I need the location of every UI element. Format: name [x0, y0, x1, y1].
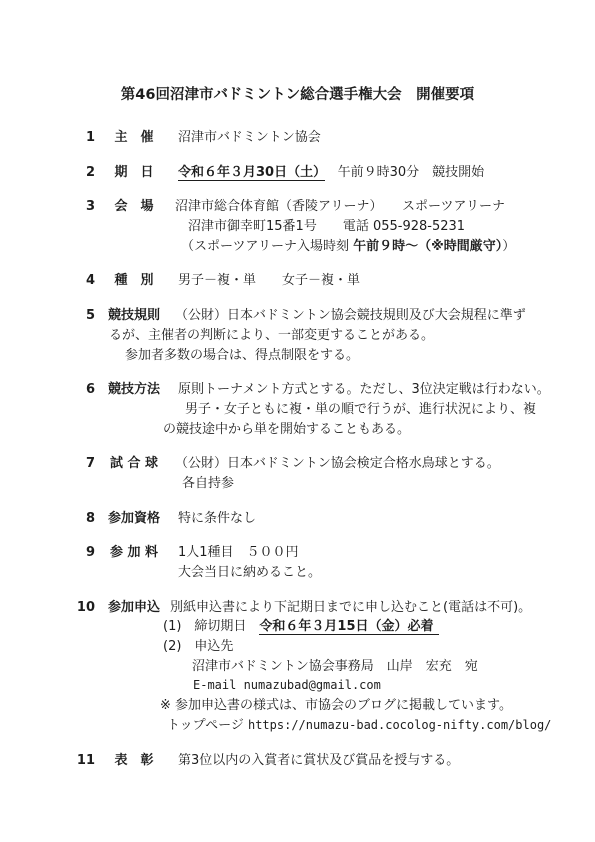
item-10-line-1: 10参加申込別紙申込書により下記期日までに申し込むこと(電話は不可)。: [0, 598, 595, 618]
item-5-line-2: るが、主催者の判断により、一部変更することがある。: [0, 326, 595, 346]
text-segment: 午前９時30分 競技開始: [325, 165, 485, 180]
text-segment: 令和６年３月15日（金）必着: [259, 619, 438, 635]
items: 1主 催沼津市バドミントン協会2期 日令和６年３月30日（土） 午前９時30分 …: [0, 128, 595, 770]
item-2: 2期 日令和６年３月30日（土） 午前９時30分 競技開始: [0, 163, 595, 183]
item-number: 9: [72, 543, 95, 563]
item-number: 2: [72, 163, 95, 183]
item-1: 1主 催沼津市バドミントン協会: [0, 128, 595, 148]
item-9: 9参 加 料1人1種目 ５００円大会当日に納めること。: [0, 543, 595, 582]
item-10-line-2: (1) 締切期日 令和６年３月15日（金）必着: [0, 617, 595, 637]
text-segment: るが、主催者の判断により、一部変更することがある。: [109, 328, 434, 343]
text-segment: （公財）日本バドミントン協会競技規則及び大会規程に準ず: [175, 308, 526, 323]
text-segment: 沼津市御幸町15番1号 電話 055-928-5231: [188, 219, 465, 234]
document-page: 第46回沼津市バドミントン総合選手権大会 開催要項 1主 催沼津市バドミントン協…: [0, 0, 595, 842]
item-label: 競技方法: [101, 380, 167, 400]
item-number: 11: [72, 751, 95, 771]
text-segment: 第3位以内の入賞者に賞状及び賞品を授与する。: [178, 753, 459, 768]
item-6-line-2: 男子・女子ともに複・単の順で行うが、進行状況により、複: [0, 400, 595, 420]
text-segment: （スポーツアリーナ入場時刻: [181, 239, 353, 254]
item-label: 会 場: [101, 197, 167, 217]
text-segment: 男子－複・単 女子－複・単: [178, 273, 360, 288]
text-segment: 午前９時～（※時間厳守）: [353, 239, 502, 254]
item-number: 4: [72, 271, 95, 291]
item-3-line-2: 沼津市御幸町15番1号 電話 055-928-5231: [0, 217, 595, 237]
text-segment: 沼津市バドミントン協会: [178, 130, 321, 145]
item-3-line-1: 3会 場沼津市総合体育館（香陵アリーナ） スポーツアリーナ: [0, 197, 595, 217]
text-segment: 沼津市バドミントン協会事務局 山岸 宏充 宛: [192, 659, 478, 674]
item-label: 参 加 料: [101, 543, 167, 563]
item-3: 3会 場沼津市総合体育館（香陵アリーナ） スポーツアリーナ沼津市御幸町15番1号…: [0, 197, 595, 256]
text-segment: の競技途中から単を開始することもある。: [163, 422, 410, 437]
item-label: 表 彰: [101, 751, 167, 771]
item-5-line-1: 5競技規則（公財）日本バドミントン協会競技規則及び大会規程に準ず: [0, 306, 595, 326]
item-6-line-3: の競技途中から単を開始することもある。: [0, 420, 595, 440]
item-8: 8参加資格特に条件なし: [0, 509, 595, 529]
text-segment: https://numazu-bad.cocolog-nifty.com/blo…: [248, 718, 551, 732]
item-11-line-1: 11表 彰第3位以内の入賞者に賞状及び賞品を授与する。: [0, 751, 595, 771]
text-segment: 別紙申込書により下記期日までに申し込むこと(電話は不可)。: [170, 600, 531, 615]
text-segment: 大会当日に納めること。: [178, 565, 321, 580]
item-10-line-5: E-mail numazubad@gmail.com: [0, 676, 595, 696]
text-segment: 1人1種目 ５００円: [178, 545, 299, 560]
text-segment: 男子・女子ともに複・単の順で行うが、進行状況により、複: [185, 402, 536, 417]
item-number: 5: [72, 306, 95, 326]
item-number: 3: [72, 197, 95, 217]
item-10-line-6: ※ 参加申込書の様式は、市協会のブログに掲載しています。: [0, 696, 595, 716]
text-segment: E-mail numazubad@gmail.com: [193, 678, 381, 692]
item-label: 期 日: [101, 163, 167, 183]
text-segment: （公財）日本バドミントン協会検定合格水鳥球とする。: [175, 456, 500, 471]
item-9-line-1: 9参 加 料1人1種目 ５００円: [0, 543, 595, 563]
text-segment: トップページ: [167, 718, 248, 733]
item-8-line-1: 8参加資格特に条件なし: [0, 509, 595, 529]
text-segment: 沼津市総合体育館（香陵アリーナ） スポーツアリーナ: [175, 199, 505, 214]
text-segment: (1) 締切期日: [163, 619, 259, 634]
item-number: 1: [72, 128, 95, 148]
item-7-line-1: 7試 合 球（公財）日本バドミントン協会検定合格水鳥球とする。: [0, 454, 595, 474]
item-6: 6競技方法原則トーナメント方式とする。ただし、3位決定戦は行わない。男子・女子と…: [0, 380, 595, 439]
item-label: 主 催: [101, 128, 167, 148]
item-10-line-7: トップページ https://numazu-bad.cocolog-nifty.…: [0, 716, 595, 736]
text-segment: 原則トーナメント方式とする。ただし、3位決定戦は行わない。: [178, 382, 550, 397]
item-1-line-1: 1主 催沼津市バドミントン協会: [0, 128, 595, 148]
item-label: 試 合 球: [101, 454, 167, 474]
item-label: 競技規則: [101, 306, 167, 326]
item-4-line-1: 4種 別男子－複・単 女子－複・単: [0, 271, 595, 291]
item-number: 8: [72, 509, 95, 529]
item-9-line-2: 大会当日に納めること。: [0, 563, 595, 583]
item-5-line-3: 参加者多数の場合は、得点制限をする。: [0, 346, 595, 366]
text-segment: 各自持参: [182, 476, 234, 491]
item-label: 参加申込: [101, 598, 167, 618]
item-10: 10参加申込別紙申込書により下記期日までに申し込むこと(電話は不可)。(1) 締…: [0, 598, 595, 736]
item-11: 11表 彰第3位以内の入賞者に賞状及び賞品を授与する。: [0, 751, 595, 771]
item-6-line-1: 6競技方法原則トーナメント方式とする。ただし、3位決定戦は行わない。: [0, 380, 595, 400]
text-segment: ※ 参加申込書の様式は、市協会のブログに掲載しています。: [160, 698, 512, 713]
item-4: 4種 別男子－複・単 女子－複・単: [0, 271, 595, 291]
text-segment: (2) 申込先: [163, 639, 233, 654]
item-7-line-2: 各自持参: [0, 474, 595, 494]
item-5: 5競技規則（公財）日本バドミントン協会競技規則及び大会規程に準ずるが、主催者の判…: [0, 306, 595, 365]
item-number: 10: [72, 598, 95, 618]
item-10-line-4: 沼津市バドミントン協会事務局 山岸 宏充 宛: [0, 657, 595, 677]
text-segment: 特に条件なし: [178, 511, 256, 526]
item-label: 種 別: [101, 271, 167, 291]
item-number: 6: [72, 380, 95, 400]
item-2-line-1: 2期 日令和６年３月30日（土） 午前９時30分 競技開始: [0, 163, 595, 183]
text-segment: 参加者多数の場合は、得点制限をする。: [125, 348, 359, 363]
item-10-line-3: (2) 申込先: [0, 637, 595, 657]
item-7: 7試 合 球（公財）日本バドミントン協会検定合格水鳥球とする。各自持参: [0, 454, 595, 493]
item-label: 参加資格: [101, 509, 167, 529]
item-number: 7: [72, 454, 95, 474]
text-segment: ）: [502, 239, 515, 254]
text-segment: 令和６年３月30日（土）: [178, 165, 325, 181]
document-title: 第46回沼津市バドミントン総合選手権大会 開催要項: [0, 0, 595, 105]
item-3-line-3: （スポーツアリーナ入場時刻 午前９時～（※時間厳守））: [0, 237, 595, 257]
